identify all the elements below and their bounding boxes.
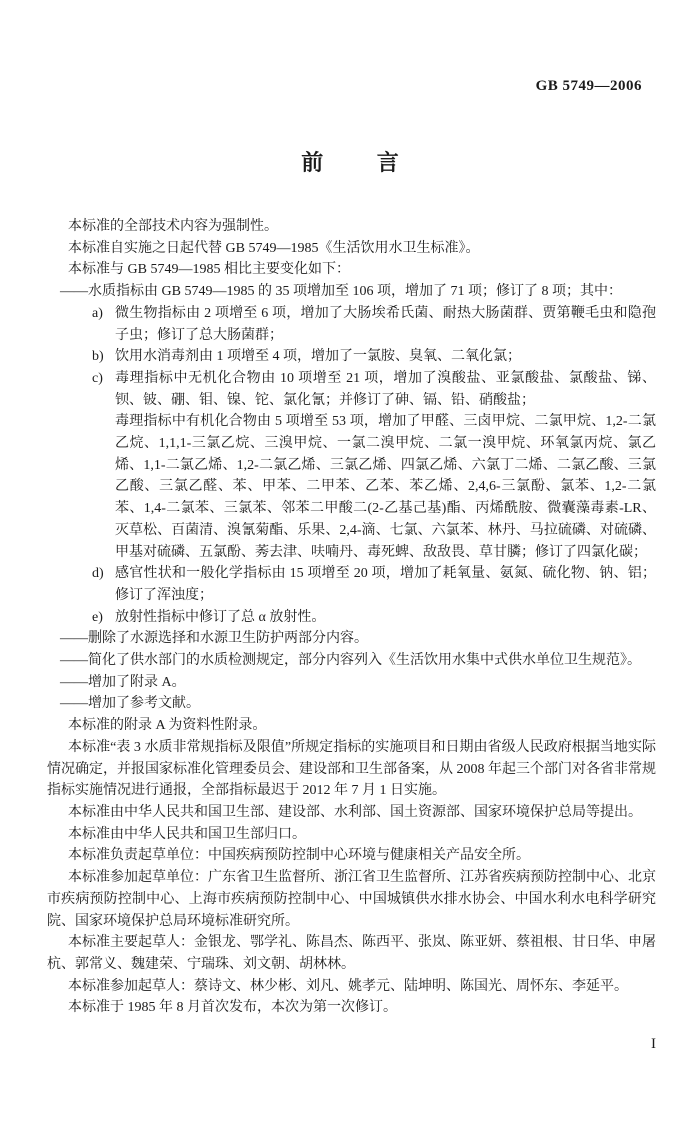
list-item-e: e) 放射性指标中修订了总 α 放射性。 bbox=[47, 607, 656, 629]
list-item-d: d) 感官性状和一般化学指标由 15 项增至 20 项，增加了耗氧量、氨氮、硫化… bbox=[47, 563, 656, 606]
page-title: 前 言 bbox=[0, 146, 700, 177]
closing-paragraph: 本标准由中华人民共和国卫生部归口。 bbox=[47, 824, 656, 846]
title-char-left: 前 bbox=[301, 146, 323, 177]
list-item-text: 饮用水消毒剂由 1 项增至 4 项，增加了一氯胺、臭氧、二氧化氯； bbox=[115, 346, 656, 368]
list-item-a: a) 微生物指标由 2 项增至 6 项，增加了大肠埃希氏菌、耐热大肠菌群、贾第鞭… bbox=[47, 303, 656, 346]
change-paragraph: ——增加了参考文献。 bbox=[47, 693, 656, 715]
closing-paragraph: 本标准“表 3 水质非常规指标及限值”所规定指标的实施项目和日期由省级人民政府根… bbox=[47, 737, 656, 802]
list-item-label: c) bbox=[92, 368, 103, 390]
list-item-label: d) bbox=[92, 563, 104, 585]
list-item-c: c) 毒理指标中无机化合物由 10 项增至 21 项，增加了溴酸盐、亚氯酸盐、氯… bbox=[47, 368, 656, 563]
title-char-right: 言 bbox=[377, 146, 399, 177]
closing-paragraph: 本标准参加起草单位：广东省卫生监督所、浙江省卫生监督所、江苏省疾病预防控制中心、… bbox=[47, 867, 656, 932]
closing-paragraph: 本标准负责起草单位：中国疾病预防控制中心环境与健康相关产品安全所。 bbox=[47, 845, 656, 867]
standard-number: GB 5749—2006 bbox=[536, 78, 642, 95]
intro-paragraph: 本标准的全部技术内容为强制性。 bbox=[47, 216, 656, 238]
change-paragraph: ——删除了水源选择和水源卫生防护两部分内容。 bbox=[47, 628, 656, 650]
intro-paragraph: 本标准与 GB 5749—1985 相比主要变化如下： bbox=[47, 259, 656, 281]
closing-paragraph: 本标准的附录 A 为资料性附录。 bbox=[47, 715, 656, 737]
foreword-content: 本标准的全部技术内容为强制性。 本标准自实施之日起代替 GB 5749—1985… bbox=[47, 216, 656, 1019]
closing-paragraph: 本标准参加起草人：蔡诗文、林少彬、刘凡、姚孝元、陆坤明、陈国光、周怀东、李延平。 bbox=[47, 976, 656, 998]
closing-paragraph: 本标准于 1985 年 8 月首次发布，本次为第一次修订。 bbox=[47, 997, 656, 1019]
list-item-label: b) bbox=[92, 346, 104, 368]
list-item-label: a) bbox=[92, 303, 103, 325]
intro-paragraph: 本标准自实施之日起代替 GB 5749—1985《生活饮用水卫生标准》。 bbox=[47, 238, 656, 260]
document-page: GB 5749—2006 前 言 本标准的全部技术内容为强制性。 本标准自实施之… bbox=[0, 0, 700, 1125]
list-item-text: 毒理指标中无机化合物由 10 项增至 21 项，增加了溴酸盐、亚氯酸盐、氯酸盐、… bbox=[115, 368, 656, 411]
list-item-text: 微生物指标由 2 项增至 6 项，增加了大肠埃希氏菌、耐热大肠菌群、贾第鞭毛虫和… bbox=[115, 303, 656, 346]
list-item-text: 放射性指标中修订了总 α 放射性。 bbox=[115, 607, 656, 629]
closing-paragraph: 本标准由中华人民共和国卫生部、建设部、水利部、国土资源部、国家环境保护总局等提出… bbox=[47, 802, 656, 824]
changes-intro-paragraph: ——水质指标由 GB 5749—1985 的 35 项增加至 106 项，增加了… bbox=[47, 281, 656, 303]
page-number: I bbox=[651, 1036, 656, 1053]
closing-paragraph: 本标准主要起草人：金银龙、鄂学礼、陈昌杰、陈西平、张岚、陈亚妍、蔡祖根、甘日华、… bbox=[47, 932, 656, 975]
list-item-label: e) bbox=[92, 607, 103, 629]
list-item-text: 感官性状和一般化学指标由 15 项增至 20 项，增加了耗氧量、氨氮、硫化物、钠… bbox=[115, 563, 656, 606]
change-paragraph: ——增加了附录 A。 bbox=[47, 672, 656, 694]
list-item-b: b) 饮用水消毒剂由 1 项增至 4 项，增加了一氯胺、臭氧、二氧化氯； bbox=[47, 346, 656, 368]
list-item-text: 毒理指标中有机化合物由 5 项增至 53 项，增加了甲醛、三卤甲烷、二氯甲烷、1… bbox=[115, 411, 656, 563]
change-paragraph: ——简化了供水部门的水质检测规定，部分内容列入《生活饮用水集中式供水单位卫生规范… bbox=[47, 650, 656, 672]
